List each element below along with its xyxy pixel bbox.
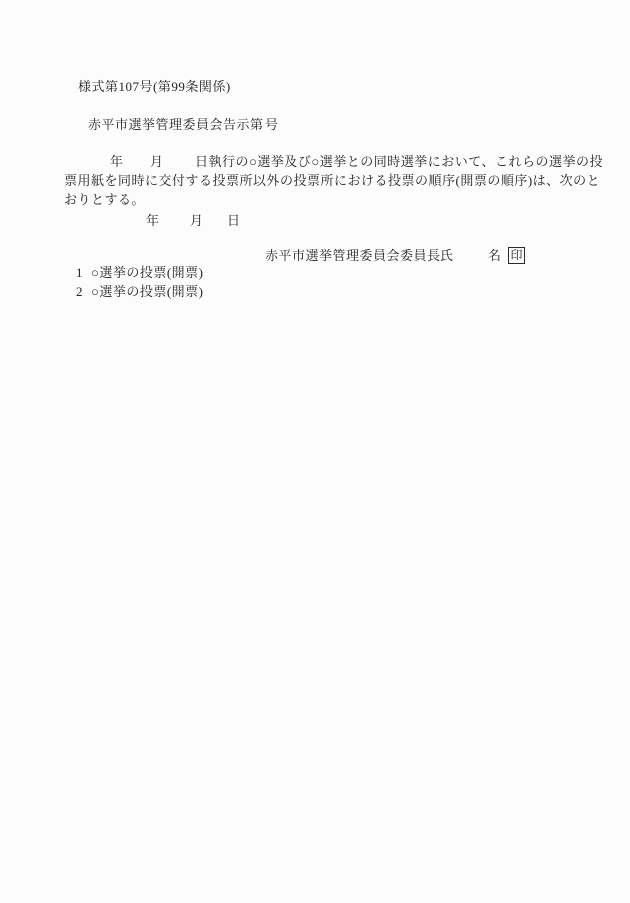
list-item-number: 1 — [76, 265, 83, 280]
date-day-label: 日 — [227, 213, 241, 228]
notice-number-suffix: 号 — [265, 117, 279, 132]
list-item-text: ○選挙の投票(開票) — [91, 265, 204, 280]
seal-box: 印 — [508, 247, 525, 264]
signature-givenname-label: 名 — [488, 248, 502, 263]
body-line2-text: 票用紙を同時に交付する投票所以外の投票所における投票の順序(開票の順序)は、次の… — [64, 173, 600, 188]
body-line1-text: 日執行の○選挙及び○選挙との同時選挙において、これらの選挙の投 — [195, 154, 603, 169]
list-item-number: 2 — [76, 284, 83, 299]
body-line1-month-label: 月 — [150, 154, 164, 169]
notice-number-prefix: 赤平市選挙管理委員会告示第 — [88, 117, 264, 132]
signature-title: 赤平市選挙管理委員会委員長 — [265, 248, 441, 263]
list-item-text: ○選挙の投票(開票) — [91, 284, 204, 299]
date-year-label: 年 — [146, 213, 160, 228]
document-page: 様式第107号(第99条関係) 赤平市選挙管理委員会告示第 号 年 月 日執行の… — [0, 0, 630, 903]
body-line3-text: おりとする。 — [64, 192, 145, 207]
date-month-label: 月 — [190, 213, 204, 228]
signature-surname-label: 氏 — [440, 248, 454, 263]
body-line1-year-label: 年 — [110, 154, 124, 169]
form-number-line: 様式第107号(第99条関係) — [78, 79, 231, 94]
